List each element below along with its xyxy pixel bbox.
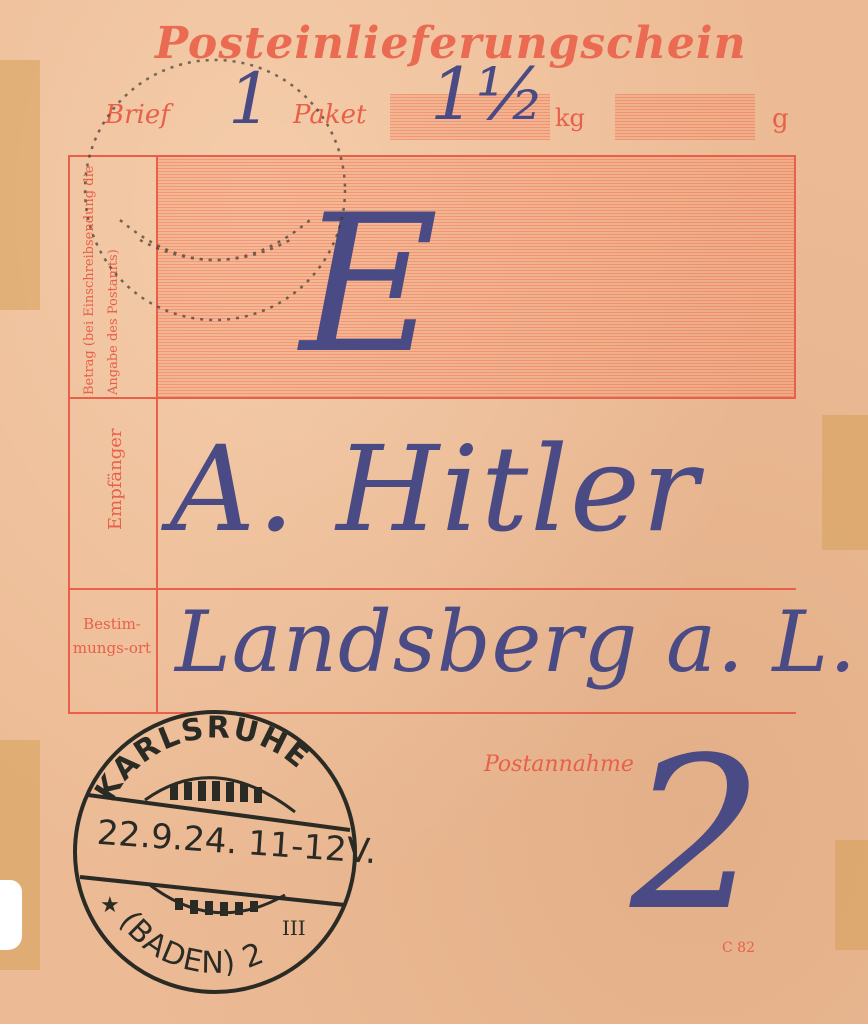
postal-receipt-card: Posteinlieferungschein Brief Paket kg g … <box>0 0 868 1024</box>
postmark-suffix: III <box>282 916 306 940</box>
postmark-date: 22.9.24. 11-12V. <box>96 813 378 872</box>
karlsruhe-postmark: KARLSRUHE (BADEN) 2 22.9.24. 11-12V. ★ I… <box>0 0 868 1024</box>
torn-hole <box>0 880 22 950</box>
postmark-star: ★ <box>100 893 120 918</box>
